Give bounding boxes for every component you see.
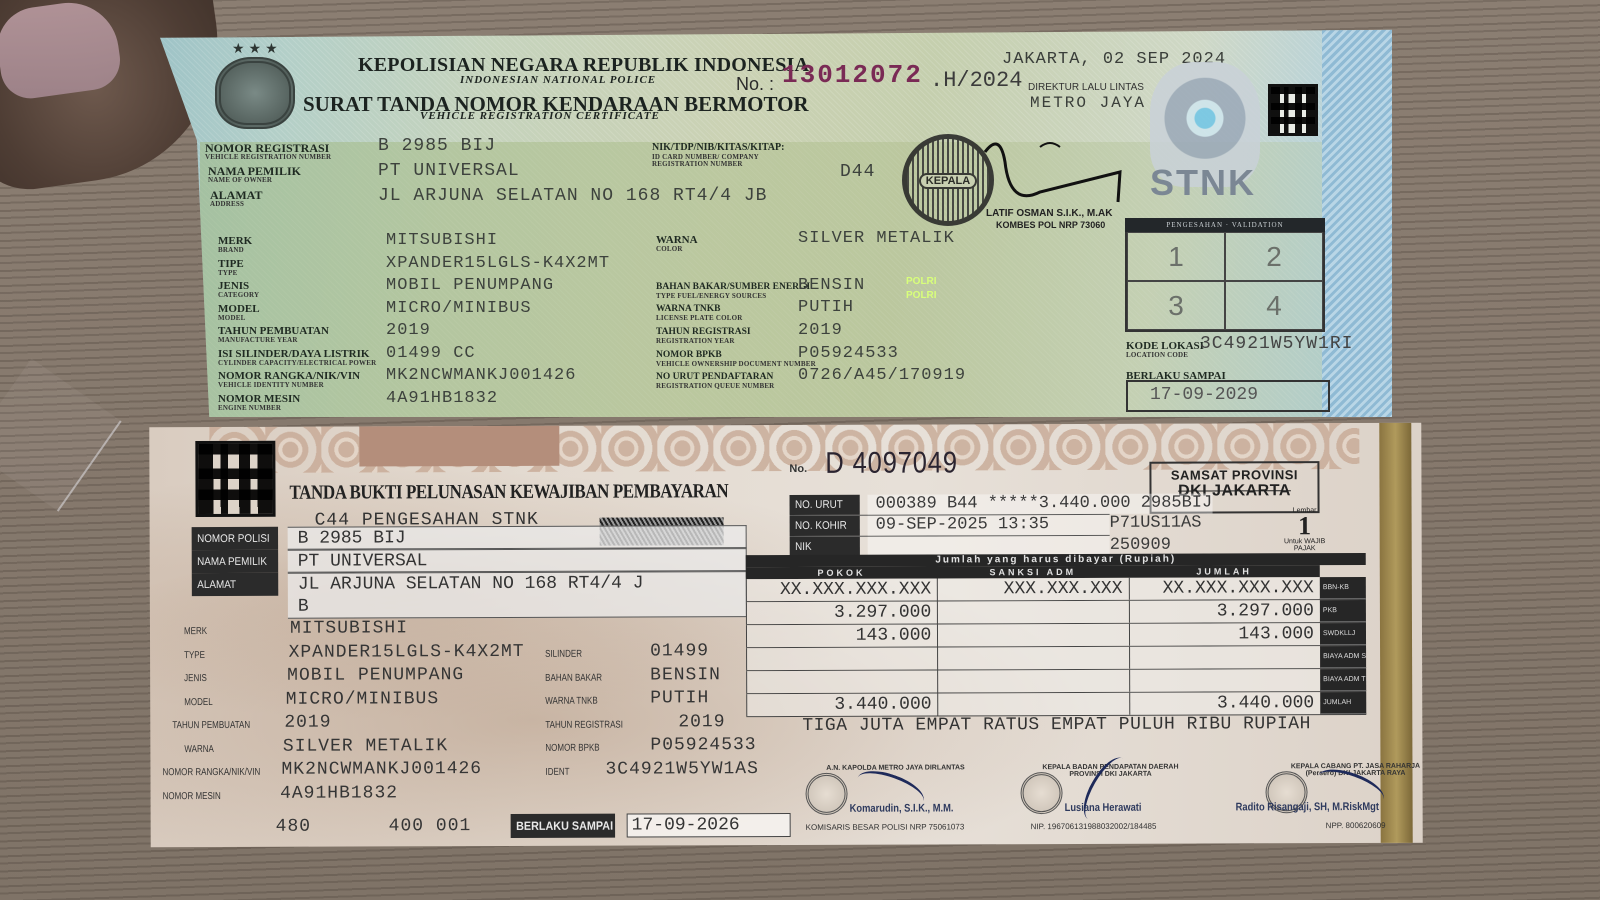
code-1: 480 (276, 817, 311, 837)
validation-cell: 3 (1127, 281, 1225, 330)
gold-security-strip (1379, 423, 1412, 843)
owner-row: NOMOR POLISIB 2985 BIJ (192, 525, 747, 550)
receipt-label: JENIS (184, 673, 207, 684)
jumlah-cell (1129, 646, 1320, 669)
receipt-value: 2019 (284, 713, 331, 733)
validation-cell: 4 (1225, 281, 1323, 330)
label-id-number: NIK/TDP/NIB/KITAS/KITAP:ID CARD NUMBER/ … (652, 142, 802, 168)
receipt-label: TYPE (184, 650, 205, 661)
issuer-unit: METRO JAYA (1030, 94, 1146, 112)
signature-icon (980, 132, 1130, 212)
label-owner-name: NAMA PEMILIKNAME OF OWNER (208, 165, 301, 184)
stnk-label: NOMOR BPKBVEHICLE OWNERSHIP DOCUMENT NUM… (656, 349, 816, 368)
receipt-label: IDENT (545, 766, 569, 777)
signature-icon (1075, 751, 1136, 827)
receipt-label: MODEL (184, 697, 212, 708)
hologram-text: POLRI (906, 290, 937, 301)
stnk-value: MITSUBISHI (386, 231, 498, 250)
stnk-value: MICRO/MINIBUS (386, 299, 532, 318)
receipt-number: D 4097049 (825, 446, 958, 480)
stnk-value: 01499 CC (386, 344, 476, 363)
label-reg-no: NOMOR REGISTRASIVEHICLE REGISTRATION NUM… (205, 142, 331, 161)
stnk-value: SILVER METALIK (798, 229, 955, 248)
stnk-label: WARNACOLOR (656, 234, 698, 253)
receipt-value: 01499 (650, 641, 709, 661)
pokok-cell: XX.XXX.XXX.XXX (746, 578, 937, 601)
stnk-label: ISI SILINDER/DAYA LISTRIKCYLINDER CAPACI… (218, 348, 376, 367)
jumlah-cell (1129, 669, 1320, 692)
copy-indicator: Lembar 1 Untuk WAJIB PAJAK (1280, 507, 1330, 552)
owner-row: ALAMATJL ARJUNA SELATAN NO 168 RT4/4 J B (192, 571, 747, 619)
stnk-label: NO URUT PENDAFTARANREGISTRATION QUEUE NU… (656, 371, 774, 390)
receipt-value: 3C4921W5YW1AS (605, 759, 759, 780)
payment-table: Jumlah yang harus dibayar (Rupiah) POKOK… (746, 553, 1367, 717)
official-seal-icon (1020, 772, 1062, 814)
receipt-label: NOMOR BPKB (545, 743, 599, 754)
signatory-id: KOMISARIS BESAR POLISI NRP 75061073 (806, 822, 965, 832)
plastic-sleeve-edge (0, 358, 122, 511)
agency-name-en: INDONESIAN NATIONAL POLICE (460, 74, 656, 86)
stnk-label: BAHAN BAKAR/SUMBER ENERGITYPE FUEL/ENERG… (656, 281, 810, 300)
stnk-label: WARNA TNKBLICENSE PLATE COLOR (656, 303, 743, 322)
pokok-cell: 143.000 (746, 624, 937, 647)
receipt-value: PUTIH (650, 688, 709, 708)
receipt-value: SILVER METALIK (283, 736, 448, 757)
jumlah-cell: 3.297.000 (1129, 600, 1320, 623)
signatory-id: NIP. 196706131988032002/184485 (1031, 822, 1157, 831)
pokok-cell (746, 670, 937, 693)
sanksi-cell (937, 601, 1128, 624)
signatory-name: Radito Risangaji, SH, M.RiskMgt (1236, 801, 1379, 814)
validation-cell: 1 (1127, 232, 1225, 281)
hologram-text: POLRI (906, 276, 937, 287)
receipt-value: MITSUBISHI (290, 618, 408, 638)
receipt-value: BENSIN (650, 665, 721, 685)
fingernail (0, 0, 124, 102)
signatory-title: A.N. KAPOLDA METRO JAYA DIRLANTAS (825, 764, 965, 771)
signatory-name: LATIF OSMAN S.I.K., M.AK (986, 208, 1112, 219)
row-tag: BIAYA ADM TNKB (1320, 669, 1366, 691)
receipt-value: 2019 (678, 712, 725, 732)
stnk-value: 0726/A45/170919 (798, 366, 966, 385)
signatory-name: Lusiana Herawati (1065, 802, 1142, 814)
payment-row: XX.XXX.XXX.XXX XXX.XXX.XXX XX.XXX.XXX.XX… (746, 577, 1366, 602)
row-tag: PKB (1320, 600, 1366, 622)
stnk-value: PUTIH (798, 298, 854, 317)
pokok-cell (746, 647, 937, 670)
value-owner-name: PT UNIVERSAL (378, 161, 520, 181)
official-seal-icon (805, 773, 847, 815)
receipt-value: P05924533 (650, 735, 756, 755)
jumlah-cell: 143.000 (1129, 623, 1320, 646)
sanksi-cell (937, 624, 1128, 647)
nik-date-code: 250909 (1110, 536, 1171, 555)
stnk-value: 4A91HB1832 (386, 389, 498, 408)
jumlah-cell: 3.440.000 (1129, 692, 1320, 715)
receipt-expiry-label: BERLAKU SAMPAI (511, 814, 615, 838)
info-table: NO. URUT000389 B44 *****3.440.000 2985BI… (790, 494, 1110, 558)
payment-row: 143.000 143.000 SWDKLLJ (746, 623, 1366, 648)
value-reg-no: B 2985 BIJ (378, 136, 496, 156)
qr-code-icon (195, 441, 275, 517)
row-tag: SWDKLLJ (1320, 623, 1366, 645)
signatory-id: NPP. 800620609 (1326, 821, 1386, 830)
row-tag: BIAYA ADM STNK (1320, 646, 1366, 668)
stnk-label: JENISCATEGORY (218, 280, 259, 299)
owner-row: NAMA PEMILIKPT UNIVERSAL (192, 548, 747, 573)
receipt-title: TANDA BUKTI PELUNASAN KEWAJIBAN PEMBAYAR… (289, 480, 728, 505)
signatory-rank: KOMBES POL NRP 73060 (996, 220, 1105, 230)
receipt-value: MICRO/MINIBUS (286, 689, 440, 710)
document-title-en: VEHICLE REGISTRATION CERTIFICATE (420, 110, 660, 122)
stnk-value: MOBIL PENUMPANG (386, 276, 554, 295)
number-label: No. : (736, 74, 774, 95)
police-emblem-icon (215, 57, 295, 129)
label-location-code: KODE LOKASILOCATION CODE (1126, 340, 1204, 359)
stnk-logo: STNK (1150, 162, 1256, 204)
jumlah-cell: XX.XXX.XXX.XXX (1128, 577, 1319, 600)
stnk-value: MK2NCWMANKJ001426 (386, 366, 576, 385)
value-address: JL ARJUNA SELATAN NO 168 RT4/4 JB (378, 186, 767, 206)
stnk-label: MODELMODEL (218, 303, 260, 322)
info-row-urut: NO. URUT000389 B44 *****3.440.000 2985BI… (790, 494, 1110, 516)
kohir-code: P71US11AS (1110, 514, 1202, 533)
stnk-label: MERKBRAND (218, 235, 252, 254)
receipt-expiry: BERLAKU SAMPAI 17-09-2026 (511, 813, 791, 838)
label-address: ALAMATADDRESS (210, 189, 262, 208)
receipt-label: MERK (184, 626, 207, 637)
code-2: 400 001 (389, 816, 472, 836)
certificate-number-suffix: .H/2024 (930, 68, 1022, 93)
value-id-number: D44 (840, 162, 875, 182)
samsat-line1: SAMSAT PROVINSI (1151, 467, 1317, 483)
stnk-label: TAHUN PEMBUATANMANUFACTURE YEAR (218, 325, 329, 344)
issuer-title: DIREKTUR LALU LINTAS (1028, 82, 1144, 93)
stnk-certificate: ★★★ KEPOLISIAN NEGARA REPUBLIK INDONESIA… (160, 22, 1392, 417)
security-hatch-pattern (1322, 22, 1392, 417)
signatory-name: Komarudin, S.I.K., M.M. (850, 802, 954, 814)
receipt-label: TAHUN PEMBUATAN (172, 720, 250, 731)
tax-payment-receipt: TANDA BUKTI PELUNASAN KEWAJIBAN PEMBAYAR… (149, 423, 1422, 847)
row-tag: JUMLAH (1320, 692, 1366, 714)
sanksi-cell (937, 670, 1128, 693)
stnk-value: 2019 (798, 321, 843, 340)
header-band (359, 426, 559, 467)
total-in-words: TIGA JUTA EMPAT RATUS EMPAT PULUH RIBU R… (802, 713, 1342, 737)
receipt-label: NOMOR RANGKA/NIK/VIN (162, 767, 260, 778)
stnk-label: NOMOR RANGKA/NIK/VINVEHICLE IDENTITY NUM… (218, 370, 360, 389)
receipt-value: MOBIL PENUMPANG (287, 665, 464, 686)
stnk-label: TAHUN REGISTRASIREGISTRATION YEAR (656, 326, 751, 345)
receipt-value: MK2NCWMANKJ001426 (281, 759, 482, 780)
receipt-value: XPANDER15LGLS-K4X2MT (289, 641, 525, 662)
payment-row: BIAYA ADM TNKB (746, 669, 1366, 694)
pokok-cell: 3.440.000 (746, 693, 937, 716)
stars-icon: ★★★ (232, 40, 282, 57)
receipt-number-label: No. (789, 463, 807, 475)
receipt-label: WARNA TNKB (545, 696, 598, 707)
value-expiry: 17-09-2029 (1126, 380, 1330, 412)
value-location-code: 3C4921W5YW1RI (1200, 334, 1353, 354)
qr-code-icon (1268, 84, 1318, 136)
stnk-value: P05924533 (798, 344, 899, 363)
row-tag: BBN-KB (1320, 577, 1366, 599)
stnk-value: BENSIN (798, 276, 865, 295)
validation-header: PENGESAHAN · VALIDATION (1125, 218, 1325, 232)
stnk-value: 2019 (386, 321, 431, 340)
info-row-kohir: NO. KOHIR09-SEP-2025 13:35 (790, 515, 1110, 537)
pokok-cell: 3.297.000 (746, 601, 937, 624)
receipt-label: SILINDER (545, 649, 582, 660)
receipt-label: TAHUN REGISTRASI (545, 719, 623, 730)
sanksi-cell (937, 647, 1128, 670)
sanksi-cell: XXX.XXX.XXX (937, 578, 1128, 601)
receipt-label: NOMOR MESIN (163, 790, 221, 801)
receipt-label: BAHAN BAKAR (545, 672, 602, 683)
validation-box: PENGESAHAN · VALIDATION 1 2 3 4 (1125, 218, 1325, 338)
certificate-number: 13012072 (782, 60, 923, 90)
stnk-label: TIPETYPE (218, 258, 244, 277)
sanksi-cell (938, 693, 1129, 716)
payment-row: 3.297.000 3.297.000 PKB (746, 600, 1366, 625)
stnk-label: NOMOR MESINENGINE NUMBER (218, 393, 300, 412)
receipt-expiry-value: 17-09-2026 (627, 813, 791, 838)
owner-block: NOMOR POLISIB 2985 BIJ NAMA PEMILIKPT UN… (192, 525, 747, 619)
payment-row: BIAYA ADM STNK (746, 646, 1366, 671)
receipt-label: WARNA (184, 743, 214, 754)
stnk-value: XPANDER15LGLS-K4X2MT (386, 254, 610, 273)
validation-cell: 2 (1225, 232, 1323, 281)
receipt-value: 4A91HB1832 (280, 783, 398, 803)
